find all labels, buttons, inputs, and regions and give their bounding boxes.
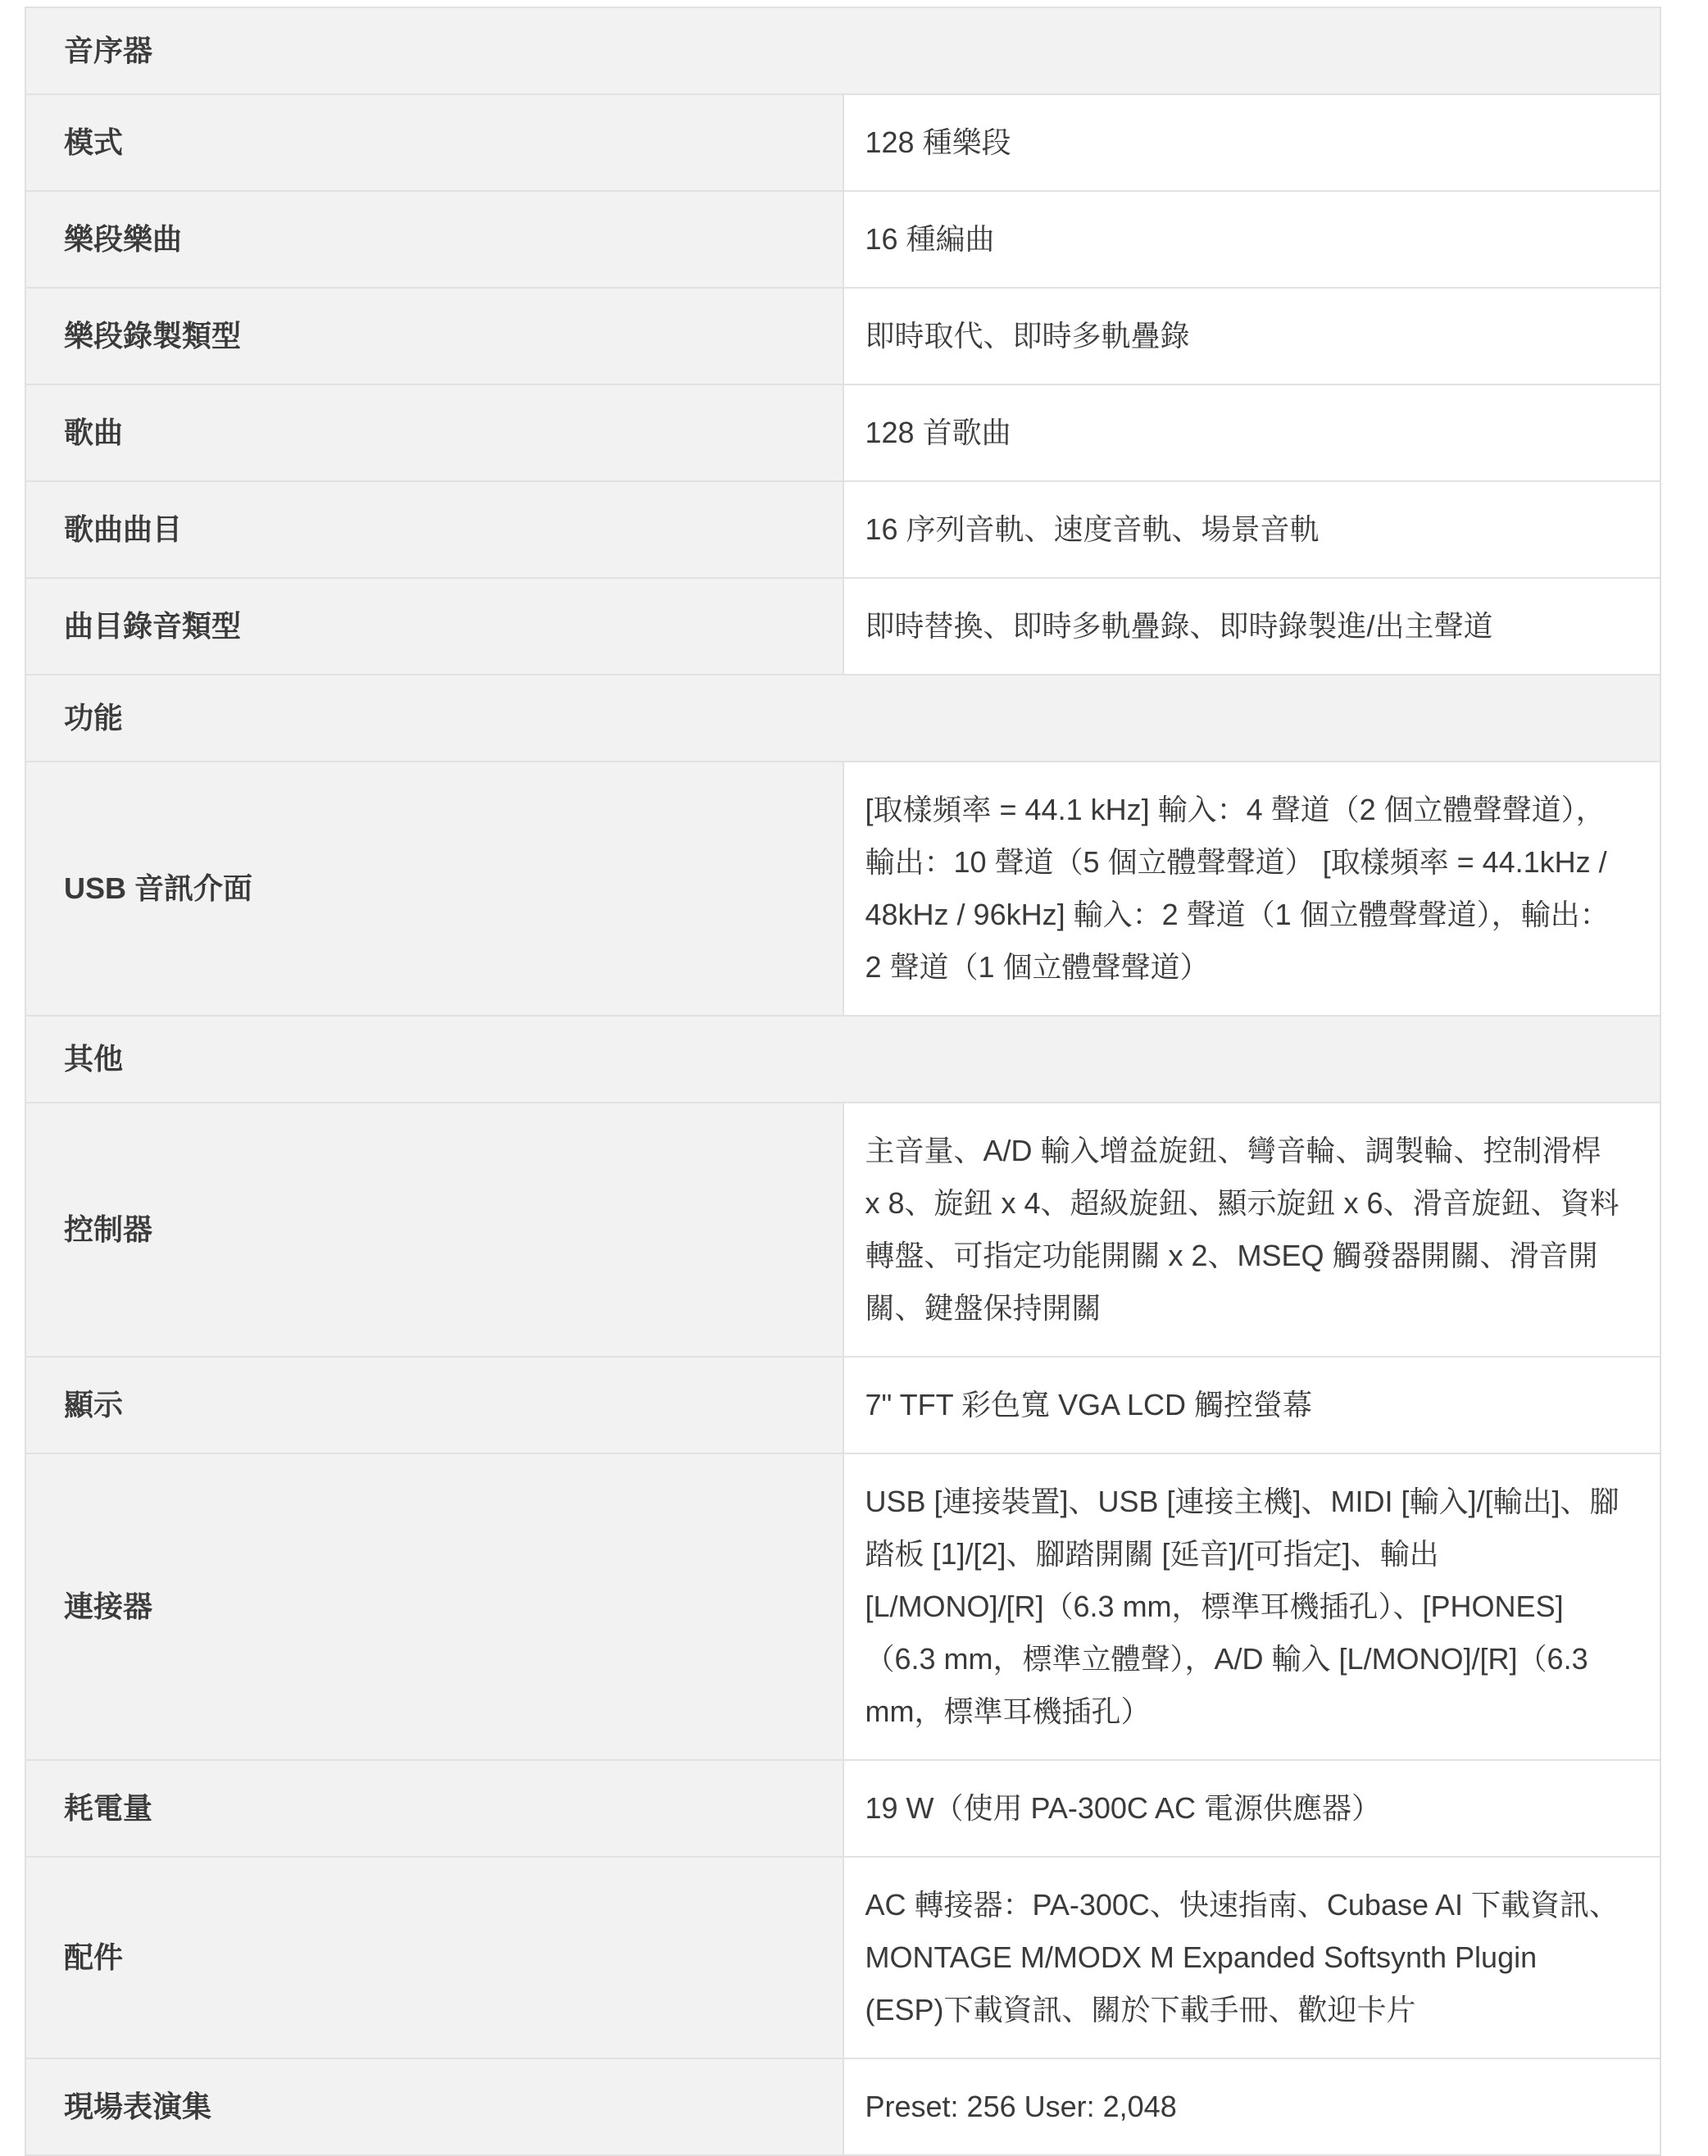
spec-row: 顯示7" TFT 彩色寬 VGA LCD 觸控螢幕 — [25, 1357, 1660, 1453]
spec-value: 16 序列音軌、速度音軌、場景音軌 — [843, 481, 1661, 578]
spec-row: 配件AC 轉接器：PA-300C、快速指南、Cubase AI 下載資訊、MON… — [25, 1857, 1660, 2058]
section-row: 其他 — [25, 1016, 1660, 1103]
spec-value: 19 W（使用 PA-300C AC 電源供應器） — [843, 1760, 1661, 1857]
spec-row: 樂段錄製類型即時取代、即時多軌疊錄 — [25, 288, 1660, 384]
section-title: 音序器 — [25, 7, 1660, 94]
spec-row: 控制器主音量、A/D 輸入增益旋鈕、彎音輪、調製輪、控制滑桿 x 8、旋鈕 x … — [25, 1103, 1660, 1357]
spec-label: 模式 — [25, 94, 843, 191]
section-title: 功能 — [25, 675, 1660, 762]
spec-label: USB 音訊介面 — [25, 762, 843, 1016]
spec-label: 歌曲 — [25, 384, 843, 481]
spec-table: 音序器模式128 種樂段樂段樂曲16 種編曲樂段錄製類型即時取代、即時多軌疊錄歌… — [25, 7, 1661, 2156]
spec-label: 顯示 — [25, 1357, 843, 1453]
spec-value: 即時取代、即時多軌疊錄 — [843, 288, 1661, 384]
spec-value: 7" TFT 彩色寬 VGA LCD 觸控螢幕 — [843, 1357, 1661, 1453]
section-row: 音序器 — [25, 7, 1660, 94]
spec-row: 現場表演集Preset: 256 User: 2,048 — [25, 2058, 1660, 2155]
spec-value: [取樣頻率 = 44.1 kHz] 輸入：4 聲道（2 個立體聲聲道），輸出：1… — [843, 762, 1661, 1016]
spec-row: 歌曲128 首歌曲 — [25, 384, 1660, 481]
spec-row: 曲目錄音類型即時替換、即時多軌疊錄、即時錄製進/出主聲道 — [25, 578, 1660, 675]
spec-label: 連接器 — [25, 1453, 843, 1760]
spec-label: 曲目錄音類型 — [25, 578, 843, 675]
spec-label: 樂段樂曲 — [25, 191, 843, 288]
spec-row: 連接器USB [連接裝置]、USB [連接主機]、MIDI [輸入]/[輸出]、… — [25, 1453, 1660, 1760]
spec-value: 即時替換、即時多軌疊錄、即時錄製進/出主聲道 — [843, 578, 1661, 675]
spec-table-body: 音序器模式128 種樂段樂段樂曲16 種編曲樂段錄製類型即時取代、即時多軌疊錄歌… — [25, 7, 1660, 2155]
spec-row: 歌曲曲目16 序列音軌、速度音軌、場景音軌 — [25, 481, 1660, 578]
spec-label: 控制器 — [25, 1103, 843, 1357]
spec-label: 耗電量 — [25, 1760, 843, 1857]
spec-value: 16 種編曲 — [843, 191, 1661, 288]
spec-label: 歌曲曲目 — [25, 481, 843, 578]
spec-row: 耗電量19 W（使用 PA-300C AC 電源供應器） — [25, 1760, 1660, 1857]
spec-label: 現場表演集 — [25, 2058, 843, 2155]
section-title: 其他 — [25, 1016, 1660, 1103]
spec-value: Preset: 256 User: 2,048 — [843, 2058, 1661, 2155]
spec-value: USB [連接裝置]、USB [連接主機]、MIDI [輸入]/[輸出]、腳踏板… — [843, 1453, 1661, 1760]
spec-page: 音序器模式128 種樂段樂段樂曲16 種編曲樂段錄製類型即時取代、即時多軌疊錄歌… — [0, 0, 1708, 2156]
spec-value: 128 種樂段 — [843, 94, 1661, 191]
spec-row: USB 音訊介面[取樣頻率 = 44.1 kHz] 輸入：4 聲道（2 個立體聲… — [25, 762, 1660, 1016]
spec-value: 主音量、A/D 輸入增益旋鈕、彎音輪、調製輪、控制滑桿 x 8、旋鈕 x 4、超… — [843, 1103, 1661, 1357]
spec-value: 128 首歌曲 — [843, 384, 1661, 481]
spec-label: 配件 — [25, 1857, 843, 2058]
spec-value: AC 轉接器：PA-300C、快速指南、Cubase AI 下載資訊、MONTA… — [843, 1857, 1661, 2058]
spec-label: 樂段錄製類型 — [25, 288, 843, 384]
section-row: 功能 — [25, 675, 1660, 762]
spec-row: 模式128 種樂段 — [25, 94, 1660, 191]
spec-row: 樂段樂曲16 種編曲 — [25, 191, 1660, 288]
